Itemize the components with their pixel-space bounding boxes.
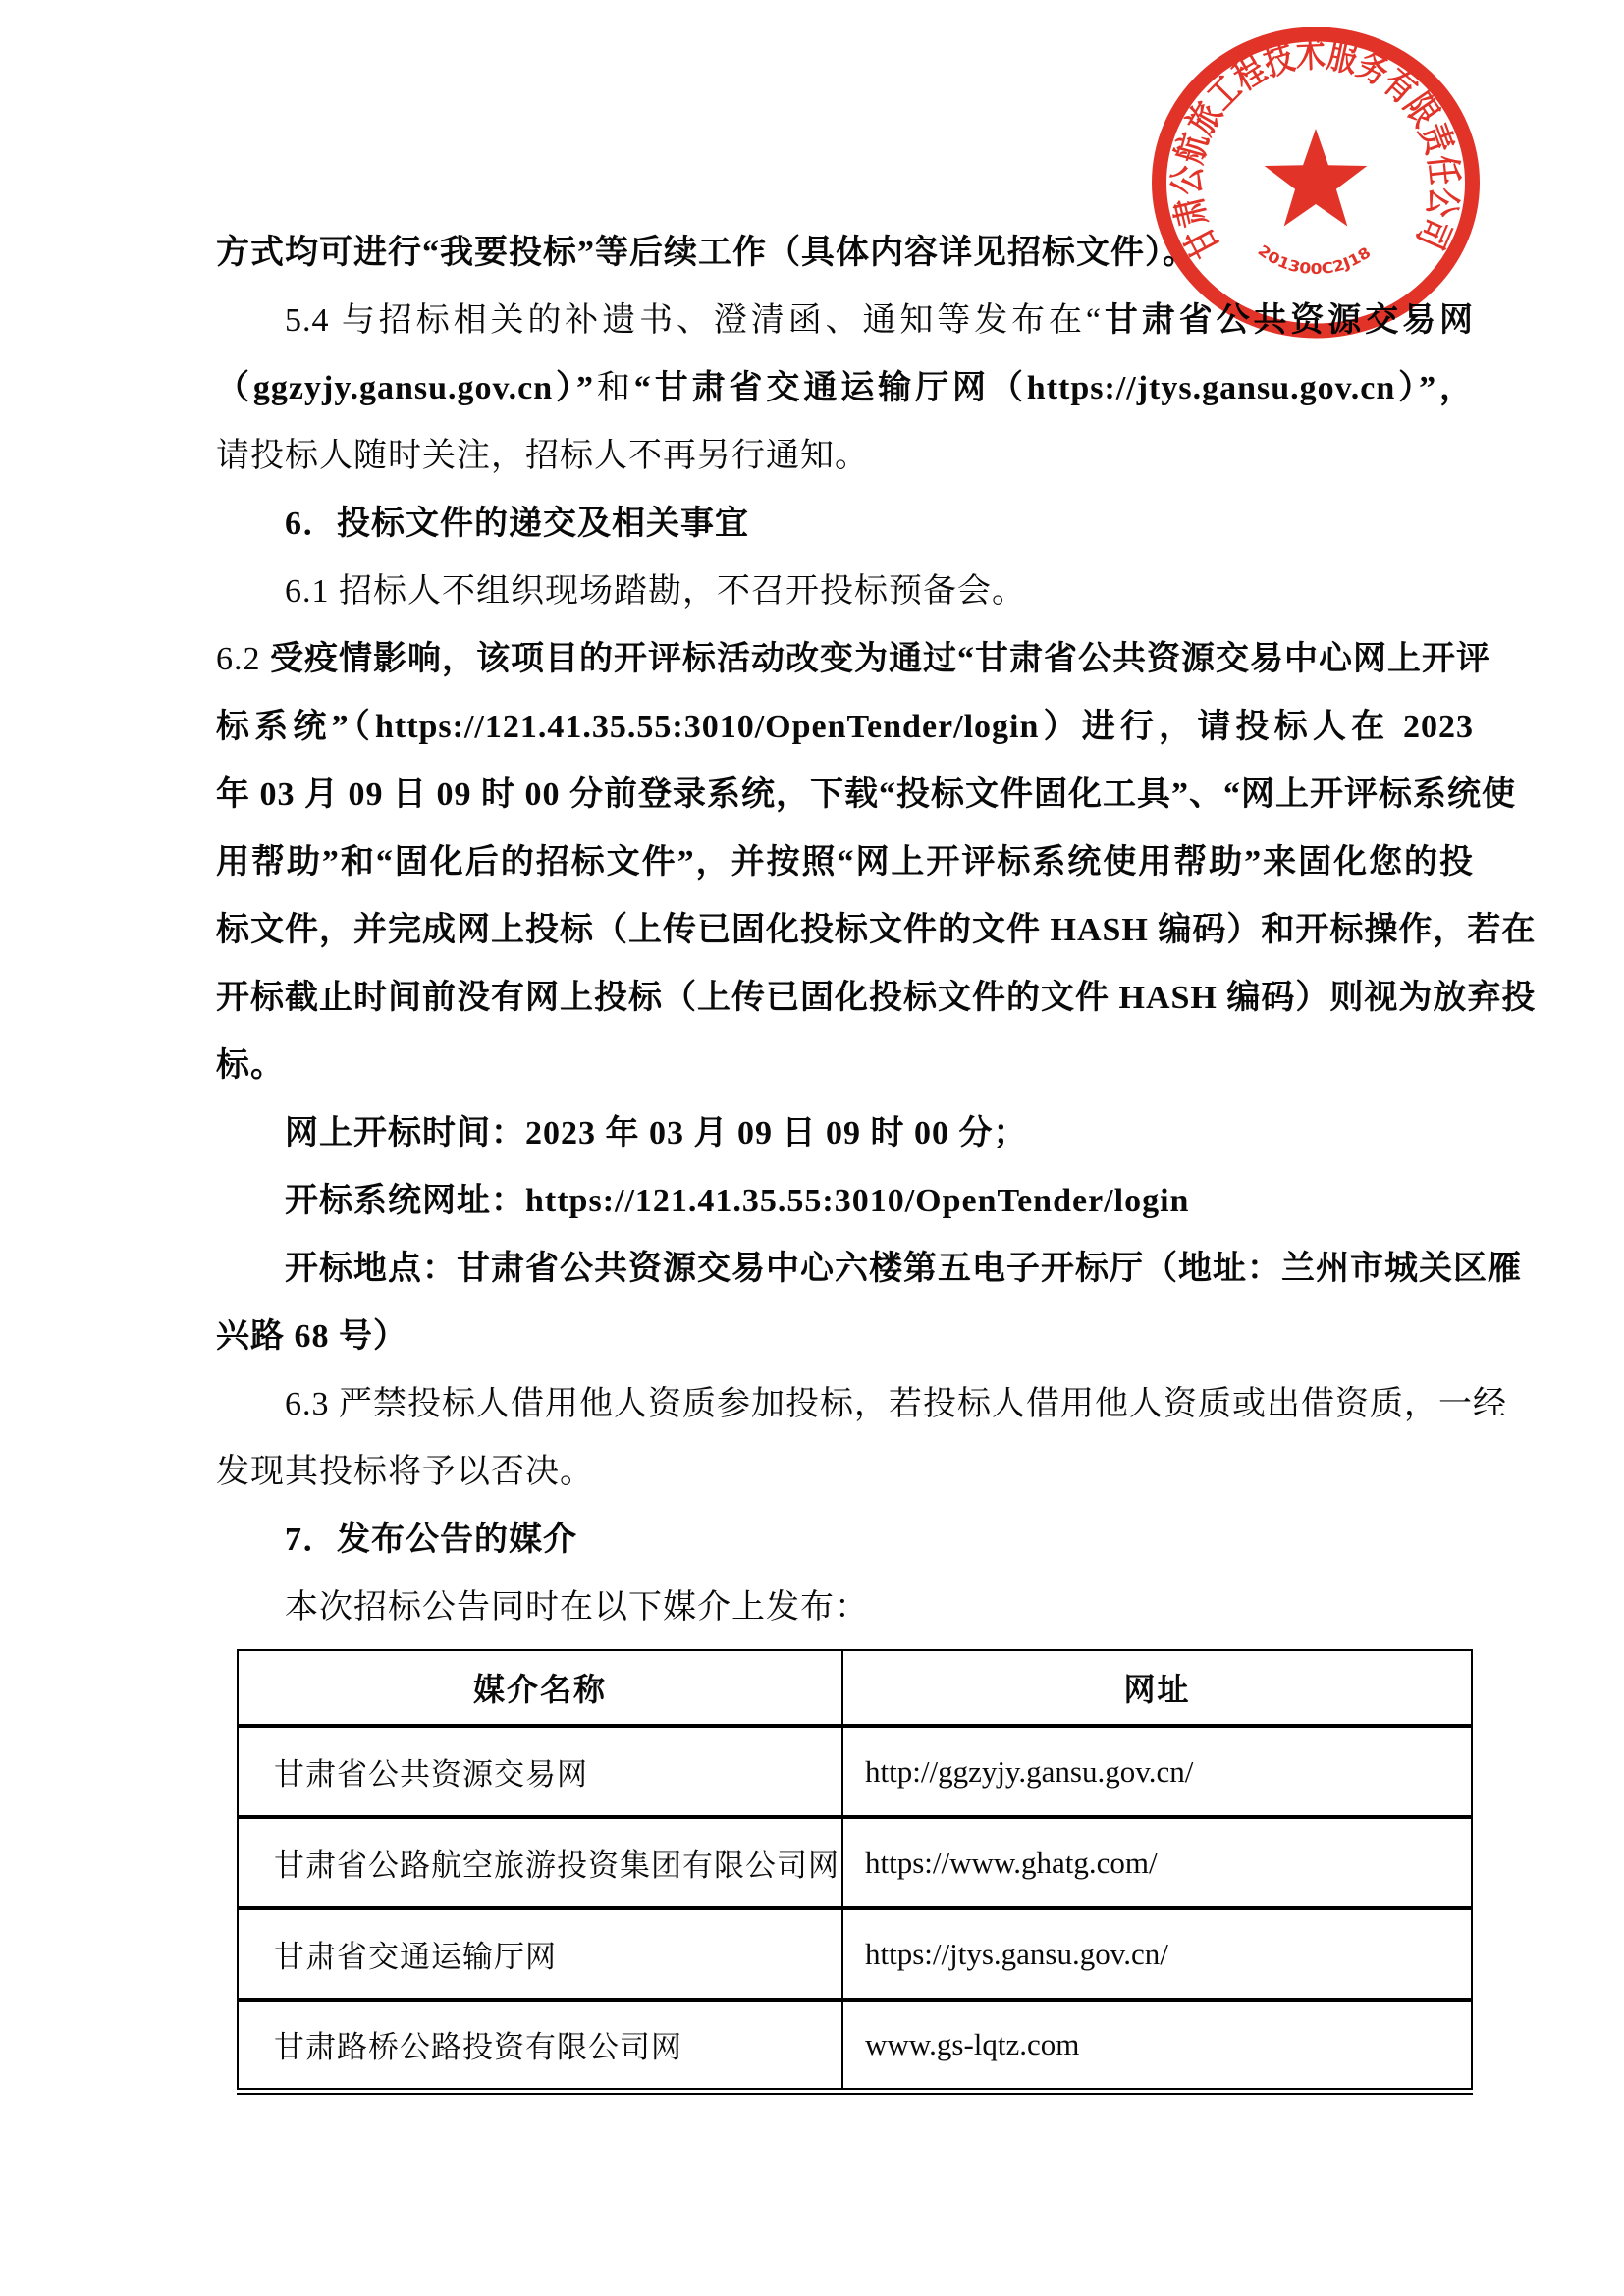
text-segment: “甘肃省交通运输厅网（https://jtys.gansu.gov.cn）”， [634,370,1474,406]
text-line: 6．投标文件的递交及相关事宜 [216,490,1474,558]
company-seal-stamp: 甘肃公航旅工程技术服务有限责任公司 201300C2J18 [1149,23,1483,343]
text-segment: 请投标人随时关注，招标人不再另行通知。 [216,438,869,474]
text-line: 网上开标时间：2023 年 03 月 09 日 09 时 00 分； [216,1099,1474,1167]
text-segment: 开标截止时间前没有网上投标（上传已固化投标文件的文件 HASH 编码）则视为放弃… [216,980,1536,1016]
media-name-cell: 甘肃省公共资源交易网 [238,1726,842,1817]
document-body: 方式均可进行“我要投标”等后续工作（具体内容详见招标文件）。5.4 与招标相关的… [216,219,1474,1641]
seal-code: 201300C2J18 [1255,241,1375,278]
media-name-cell: 甘肃路桥公路投资有限公司网 [238,2000,842,2091]
text-segment: 5.4 与招标相关的补遗书、澄清函、通知等发布在“ [285,302,1102,339]
text-segment: 6.3 严禁投标人借用他人资质参加投标，若投标人借用他人资质或出借资质，一经 [285,1386,1507,1422]
media-url-cell: www.gs-lqtz.com [842,2000,1472,2091]
table-row: 甘肃省交通运输厅网https://jtys.gansu.gov.cn/ [238,1908,1472,2000]
text-segment: 标文件，并完成网上投标（上传已固化投标文件的文件 HASH 编码）和开标操作，若… [216,912,1536,948]
text-line: 6.2 受疫情影响，该项目的开评标活动改变为通过“甘肃省公共资源交易中心网上开评 [216,625,1474,693]
text-segment: 本次招标公告同时在以下媒介上发布： [285,1589,869,1626]
text-line: 标。 [216,1032,1474,1099]
text-line: 请投标人随时关注，招标人不再另行通知。 [216,422,1474,490]
text-line: 用帮助”和“固化后的招标文件”，并按照“网上开评标系统使用帮助”来固化您的投 [216,828,1474,896]
text-line: （ggzyjy.gansu.gov.cn）”和“甘肃省交通运输厅网（https:… [216,354,1474,422]
text-line: 年 03 月 09 日 09 时 00 分前登录系统，下载“投标文件固化工具”、… [216,761,1474,828]
media-url-cell: https://jtys.gansu.gov.cn/ [842,1908,1472,2000]
text-line: 6.3 严禁投标人借用他人资质参加投标，若投标人借用他人资质或出借资质，一经 [216,1370,1474,1438]
media-url-cell: https://www.ghatg.com/ [842,1817,1472,1908]
text-segment: （ggzyjy.gansu.gov.cn）” [216,370,594,406]
text-line: 6.1 招标人不组织现场踏勘，不召开投标预备会。 [216,558,1474,625]
text-line: 标文件，并完成网上投标（上传已固化投标文件的文件 HASH 编码）和开标操作，若… [216,896,1474,964]
media-name-cell: 甘肃省交通运输厅网 [238,1908,842,2000]
table-header-row: 媒介名称 网址 [238,1650,1472,1726]
text-segment: 开标系统网址：https://121.41.35.55:3010/OpenTen… [285,1183,1189,1219]
text-segment: 方式均可进行“我要投标”等后续工作（具体内容详见招标文件）。 [216,235,1197,271]
media-table: 媒介名称 网址 甘肃省公共资源交易网http://ggzyjy.gansu.go… [237,1649,1473,2095]
table-row: 甘肃省公共资源交易网http://ggzyjy.gansu.gov.cn/ [238,1726,1472,1817]
text-segment: 发现其投标将予以否决。 [216,1454,594,1490]
text-segment: 6.1 招标人不组织现场踏勘，不召开投标预备会。 [285,573,1026,610]
star-icon [1265,129,1368,227]
media-url-cell: http://ggzyjy.gansu.gov.cn/ [842,1726,1472,1817]
text-segment: 6．投标文件的递交及相关事宜 [285,506,749,542]
text-line: 7．发布公告的媒介 [216,1506,1474,1574]
text-segment: 和 [594,370,634,406]
text-segment: 用帮助”和“固化后的招标文件”，并按照“网上开评标系统使用帮助”来固化您的投 [216,844,1474,881]
text-segment: 网上开标时间：2023 年 03 月 09 日 09 时 00 分； [285,1115,1028,1151]
text-line: 兴路 68 号） [216,1303,1474,1370]
media-name-cell: 甘肃省公路航空旅游投资集团有限公司网 [238,1817,842,1908]
url-header: 网址 [842,1650,1472,1726]
text-segment: 7．发布公告的媒介 [285,1522,577,1558]
text-line: 本次招标公告同时在以下媒介上发布： [216,1574,1474,1641]
text-line: 开标系统网址：https://121.41.35.55:3010/OpenTen… [216,1167,1474,1235]
text-line: 开标地点：甘肃省公共资源交易中心六楼第五电子开标厅（地址：兰州市城关区雁 [216,1235,1474,1303]
media-name-header: 媒介名称 [238,1650,842,1726]
table-row: 甘肃路桥公路投资有限公司网www.gs-lqtz.com [238,2000,1472,2091]
text-segment: 6.2 [216,641,270,677]
table-row: 甘肃省公路航空旅游投资集团有限公司网https://www.ghatg.com/ [238,1817,1472,1908]
text-segment: 开标地点：甘肃省公共资源交易中心六楼第五电子开标厅（地址：兰州市城关区雁 [285,1251,1522,1287]
text-segment: 受疫情影响，该项目的开评标活动改变为通过“甘肃省公共资源交易中心网上开评 [270,641,1490,677]
text-segment: 年 03 月 09 日 09 时 00 分前登录系统，下载“投标文件固化工具”、… [216,776,1516,813]
text-segment: 标。 [216,1047,285,1084]
document-page: 方式均可进行“我要投标”等后续工作（具体内容详见招标文件）。5.4 与招标相关的… [0,0,1624,2296]
text-line: 标系统”（https://121.41.35.55:3010/OpenTende… [216,693,1474,761]
text-segment: 标系统”（https://121.41.35.55:3010/OpenTende… [216,709,1474,745]
text-line: 发现其投标将予以否决。 [216,1438,1474,1506]
text-segment: 兴路 68 号） [216,1318,407,1355]
text-line: 开标截止时间前没有网上投标（上传已固化投标文件的文件 HASH 编码）则视为放弃… [216,964,1474,1032]
